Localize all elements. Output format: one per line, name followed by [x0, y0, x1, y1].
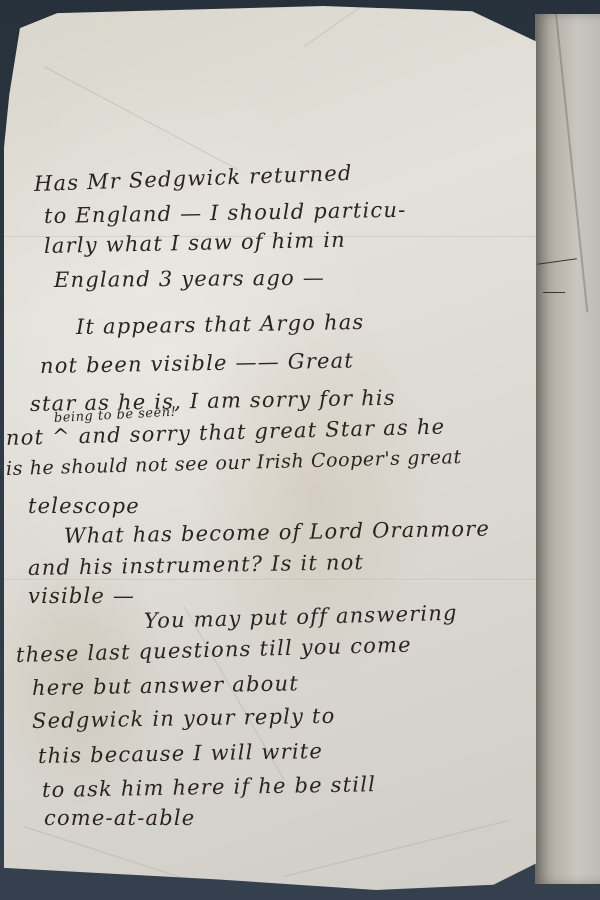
text-line: Sedgwick in your reply to — [32, 704, 336, 733]
text-line: is he should not see our Irish Cooper's … — [6, 446, 462, 480]
text-line: It appears that Argo has — [76, 310, 365, 339]
text-line: telescope — [28, 494, 140, 518]
text-line: visible — — [28, 584, 135, 608]
page-crease — [555, 14, 588, 313]
ink-stroke — [537, 258, 577, 265]
text-line: England 3 years ago — — [54, 266, 325, 292]
ink-stroke — [543, 292, 565, 293]
text-line: to England — I should particu- — [44, 198, 407, 228]
text-line: Has Mr Sedgwick returned — [34, 161, 353, 196]
text-line: come-at-able — [44, 806, 195, 830]
text-line: this because I will write — [38, 739, 323, 768]
letter-page: Has Mr Sedgwick returned to England — I … — [4, 6, 536, 890]
text-line: and his instrument? Is it not — [28, 550, 364, 580]
text-line: these last questions till you come — [16, 633, 412, 667]
text-line: to ask him here if he be still — [42, 772, 376, 802]
photo-scene: Has Mr Sedgwick returned to England — I … — [0, 0, 600, 900]
text-line: here but answer about — [32, 671, 299, 700]
right-folded-page — [535, 14, 600, 884]
text-line: What has become of Lord Oranmore — [64, 517, 490, 548]
text-line: larly what I saw of him in — [44, 228, 346, 258]
text-line: not been visible —— Great — [40, 349, 354, 378]
handwritten-text: Has Mr Sedgwick returned to England — I … — [4, 6, 536, 890]
text-line: You may put off answering — [144, 601, 458, 633]
